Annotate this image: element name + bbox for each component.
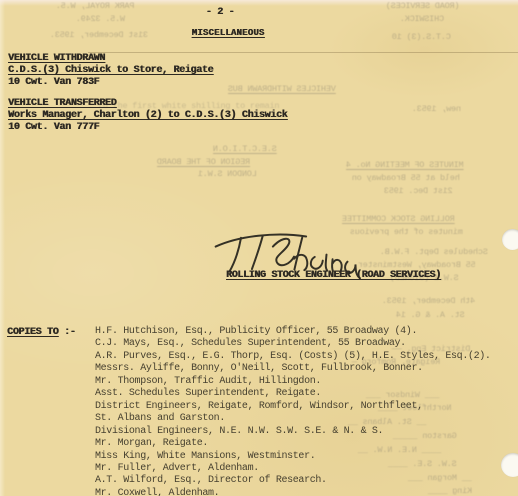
recipient-line: Messrs. Ayliffe, Bonny, O'Neill, Scott, … (95, 363, 491, 375)
section-title: MISCELLANEOUS (0, 28, 456, 38)
copies-to-label: COPIES TO :- (7, 327, 75, 338)
ghost-bleed-text: minutes of the previous (350, 227, 463, 237)
ghost-bleed-text: S.E.C.T.I.O.N (213, 144, 277, 154)
ghost-bleed-text: new, 1953. (412, 104, 461, 114)
recipient-line: St. Albans and Garston. (95, 413, 491, 425)
vehicle-transferred-vehicle: 10 Cwt. Van 777F (8, 122, 99, 133)
recipient-line: Miss King, White Mansions, Westminster. (95, 451, 491, 463)
ghost-bleed-text: held at 55 Broadway on (352, 173, 460, 183)
ghost-bleed-text: REGION OF THE BOARD (157, 157, 250, 167)
page-number: - 2 - (0, 7, 440, 18)
punch-hole (502, 229, 518, 250)
recipient-line: C.J. Mays, Esq., Schedules Superintenden… (95, 338, 491, 350)
vehicle-withdrawn-vehicle: 10 Cwt. Van 783F (8, 77, 99, 88)
recipient-line: District Engineers, Reigate, Romford, Wi… (95, 401, 491, 413)
ghost-bleed-text: 4th December, 1953. (382, 296, 475, 306)
ghost-bleed-text: MINUTES OF MEETING No. 4 (346, 160, 464, 170)
vehicle-transferred-heading: VEHICLE TRANSFERRED (8, 98, 116, 109)
recipient-line: H.F. Hutchison, Esq., Publicity Officer,… (95, 326, 491, 338)
recipient-line: Asst. Schedules Superintendent, Reigate. (95, 388, 491, 400)
recipient-line: A.R. Purves, Esq., E.G. Thorp, Esq. (Cos… (95, 351, 491, 363)
recipient-line: Mr. Fuller, Advert, Aldenham. (95, 463, 491, 475)
recipient-line: Mr. Morgan, Reigate. (95, 438, 491, 450)
ghost-bleed-text: St. A. & G. 14 (396, 310, 465, 320)
recipient-line: Mr. Thompson, Traffic Audit, Hillingdon. (95, 376, 491, 388)
ghost-bleed-text: LONDON S.W.1 (198, 169, 257, 179)
vehicle-withdrawn-route: C.D.S.(3) Chiswick to Store, Reigate (8, 65, 213, 76)
vehicle-withdrawn-heading: VEHICLE WITHDRAWN (8, 53, 105, 64)
ghost-bleed-text: Schedules Dept. F.W.B. (380, 247, 488, 257)
recipient-line: Mr. Coxwell, Aldenham. (95, 488, 491, 496)
copies-recipient-list: H.F. Hutchison, Esq., Publicity Officer,… (95, 326, 491, 496)
recipient-line: A.T. Wilford, Esq., Director of Research… (95, 475, 491, 487)
faint-rule-line (88, 52, 518, 53)
punch-hole (501, 453, 518, 477)
vehicle-transferred-route: Works Manager, Charlton (2) to C.D.S.(3)… (8, 110, 287, 121)
ghost-bleed-text: 55 Broadway, Westminster (358, 260, 476, 270)
signatory-title: ROLLING STOCK ENGINEER (ROAD SERVICES) (226, 270, 441, 281)
ghost-bleed-text: 21st Dec. 1953 (384, 186, 453, 196)
copies-to-label-suffix: :- (58, 327, 75, 338)
copies-to-label-text: COPIES TO (7, 327, 58, 338)
scanned-document-page: PARK ROYAL, W.5. W.5. 3249. 31st Decembe… (0, 0, 518, 496)
recipient-line: Divisional Engineers, N.E. N.W. S.W. S.E… (95, 426, 491, 438)
ghost-bleed-text: VEHICLES WITHDRAWN BUS (228, 84, 336, 94)
